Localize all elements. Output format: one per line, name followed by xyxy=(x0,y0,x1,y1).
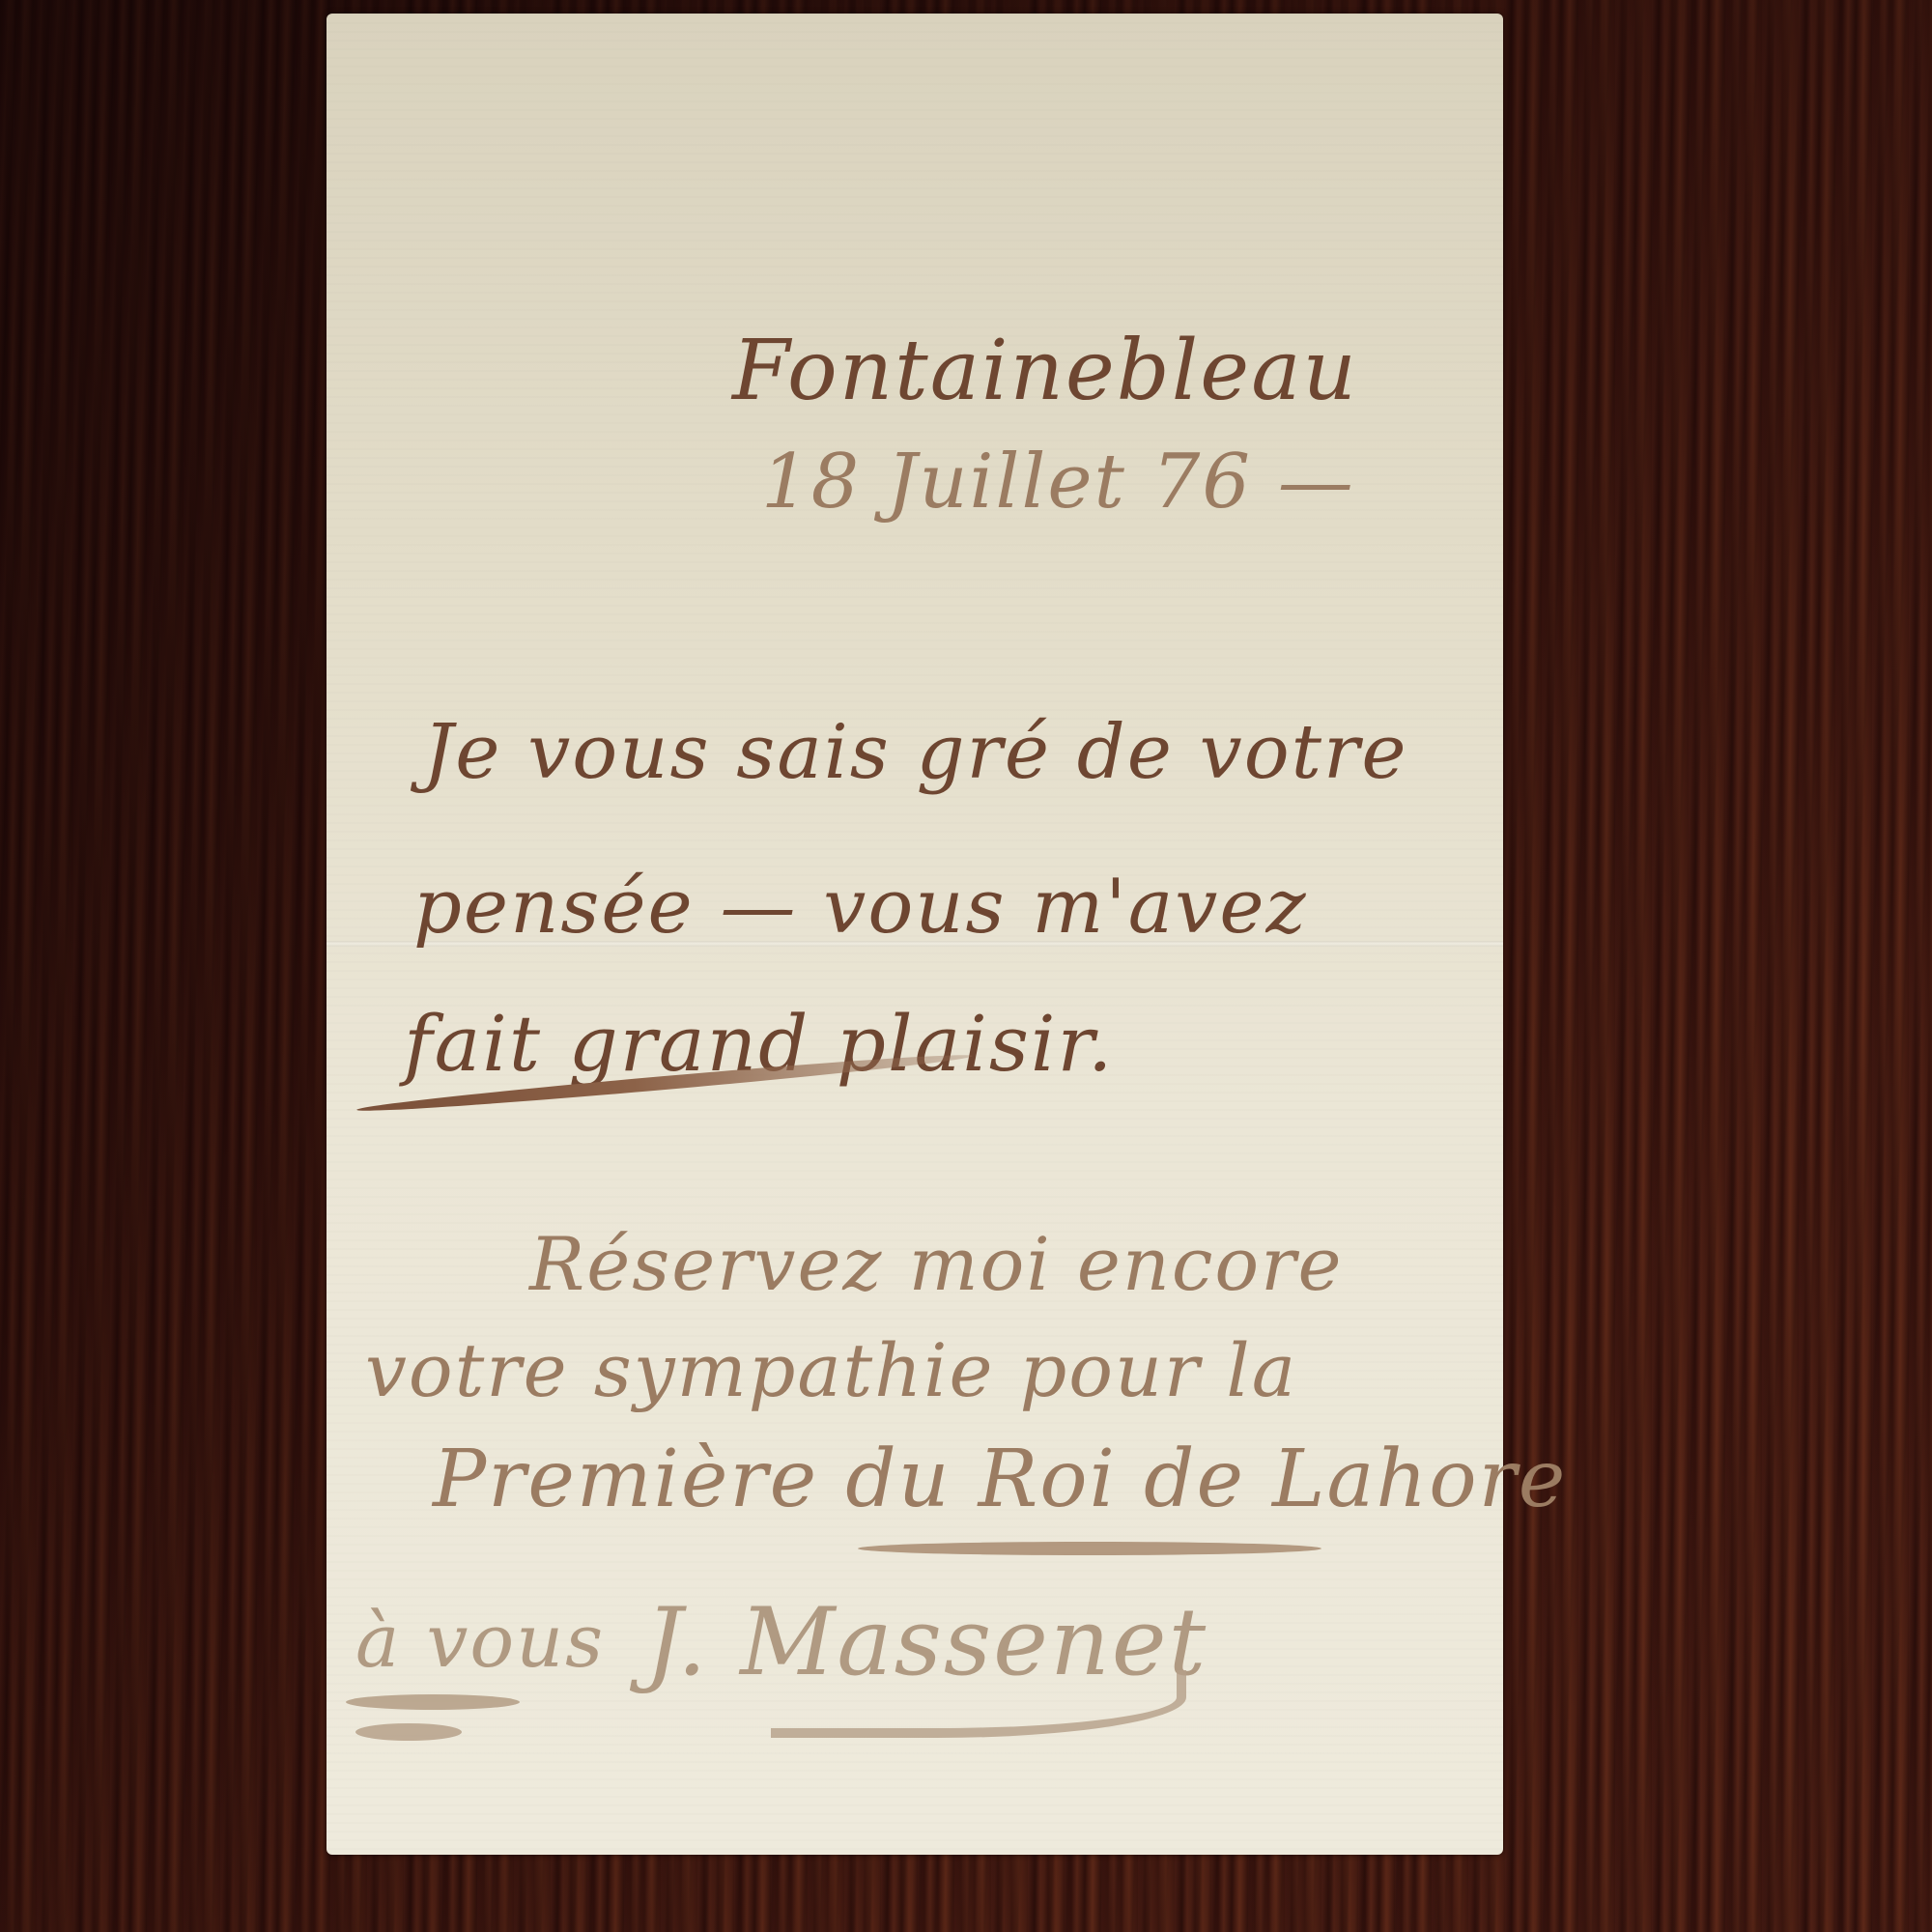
underline-stroke xyxy=(858,1542,1321,1555)
letter-closing: à vous xyxy=(355,1598,605,1684)
body-line-2: pensée — vous m'avez xyxy=(413,864,1308,951)
body-line-1: Je vous sais gré de votre xyxy=(423,709,1407,796)
body-line-5: votre sympathie pour la xyxy=(365,1327,1297,1413)
body-line-4: Réservez moi encore xyxy=(529,1221,1343,1307)
underline-stroke xyxy=(355,1723,462,1741)
letter-place: Fontainebleau xyxy=(732,323,1358,419)
letter-date: 18 Juillet 76 — xyxy=(761,439,1355,526)
signature-flourish xyxy=(771,1670,1186,1738)
underline-stroke xyxy=(346,1694,520,1710)
letter-sheet: Fontainebleau 18 Juillet 76 — Je vous sa… xyxy=(327,14,1503,1855)
body-line-6: Première du Roi de Lahore xyxy=(433,1434,1567,1525)
